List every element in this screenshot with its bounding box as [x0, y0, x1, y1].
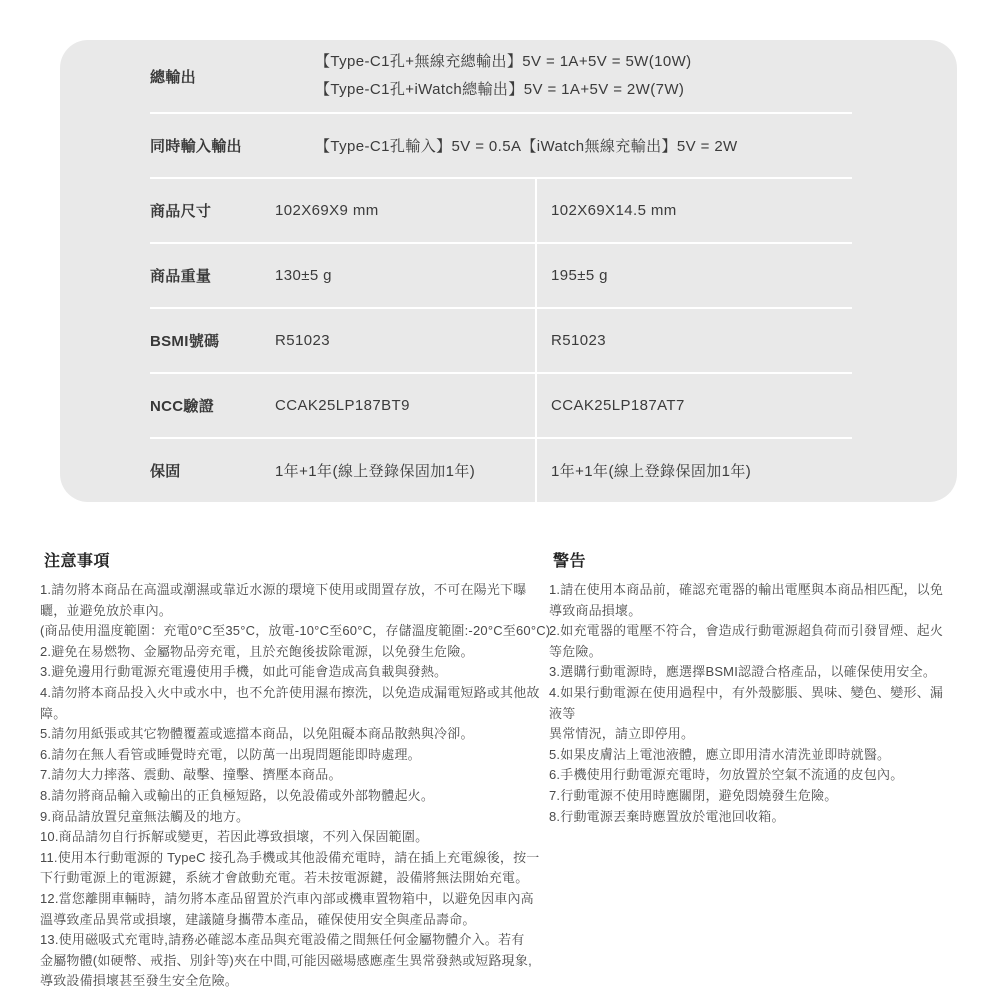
notice-item: 1.請勿將本商品在高溫或潮濕或靠近水源的環境下使用或閒置存放，不可在陽光下曝 曬…: [40, 580, 557, 621]
spec-cell-model-a: 102X69X9 mm: [275, 179, 535, 242]
notice-item: 5.請勿用紙張或其它物體覆蓋或遮擋本商品，以免阻礙本商品散熱與冷卻。: [40, 724, 557, 745]
warning-item: 5.如果皮膚沾上電池液體，應立即用清水清洗並即時就醫。: [549, 745, 955, 766]
notice-item: 2.避免在易燃物、金屬物品旁充電，且於充飽後拔除電源，以免發生危險。: [40, 642, 557, 663]
spec-row-value-group: 【Type-C1孔+無線充總輸出】5V = 1A+5V = 5W(10W) 【T…: [315, 48, 852, 104]
spec-value-line: 【Type-C1孔+無線充總輸出】5V = 1A+5V = 5W(10W): [315, 48, 852, 76]
spec-row-dimensions: 商品尺寸 102X69X9 mm 102X69X14.5 mm: [150, 177, 852, 242]
notice-section: 注意事項 1.請勿將本商品在高溫或潮濕或靠近水源的環境下使用或閒置存放，不可在陽…: [40, 551, 557, 992]
warning-item: 2.如充電器的電壓不符合，會造成行動電源超負荷而引發冒煙、起火 等危險。: [549, 621, 955, 662]
spec-row-label: NCC驗證: [150, 374, 275, 437]
warning-item: 1.請在使用本商品前，確認充電器的輸出電壓與本商品相匹配，以免 導致商品損壞。: [549, 580, 955, 621]
spec-row-value: 【Type-C1孔輸入】5V = 0.5A【iWatch無線充輸出】5V = 2…: [315, 135, 852, 156]
spec-row-bsmi: BSMI號碼 R51023 R51023: [150, 307, 852, 372]
notice-item: 8.請勿將商品輸入或輸出的正負極短路，以免設備或外部物體起火。: [40, 786, 557, 807]
spec-cell-model-b: 1年+1年(線上登錄保固加1年): [535, 439, 852, 502]
notice-item: 13.使用磁吸式充電時,請務必確認本產品與充電設備之間無任何金屬物體介入。若有 …: [40, 930, 557, 992]
notice-item: 10.商品請勿自行拆解或變更，若因此導致損壞，不列入保固範圍。: [40, 827, 557, 848]
notice-item-temperature-range: (商品使用溫度範圍：充電0°C至35°C，放電-10°C至60°C，存儲溫度範圍…: [40, 621, 557, 642]
notice-item: 4.請勿將本商品投入火中或水中，也不允許使用濕布擦洗，以免造成漏電短路或其他故障…: [40, 683, 557, 724]
notice-item: 12.當您離開車輛時，請勿將本產品留置於汽車內部或機車置物箱中，以避免因車內高 …: [40, 889, 557, 930]
spec-row-label: 保固: [150, 439, 275, 502]
spec-row-label: BSMI號碼: [150, 309, 275, 372]
warning-item: 3.選購行動電源時，應選擇BSMI認證合格產品，以確保使用安全。: [549, 662, 955, 683]
warning-section: 警告 1.請在使用本商品前，確認充電器的輸出電壓與本商品相匹配，以免 導致商品損…: [549, 551, 955, 827]
spec-cell-model-a: 1年+1年(線上登錄保固加1年): [275, 439, 535, 502]
spec-row-simultaneous-io: 同時輸入輸出 【Type-C1孔輸入】5V = 0.5A【iWatch無線充輸出…: [150, 112, 852, 177]
spec-row-label: 商品重量: [150, 244, 275, 307]
spec-cell-model-b: CCAK25LP187AT7: [535, 374, 852, 437]
notice-item: 7.請勿大力摔落、震動、敲擊、撞擊、擠壓本商品。: [40, 765, 557, 786]
product-spec-panel: 總輸出 【Type-C1孔+無線充總輸出】5V = 1A+5V = 5W(10W…: [60, 40, 957, 502]
warning-item: 7.行動電源不使用時應關閉，避免悶燒發生危險。: [549, 786, 955, 807]
spec-row-label: 同時輸入輸出: [150, 135, 315, 156]
notice-item: 11.使用本行動電源的 TypeC 接孔為手機或其他設備充電時，請在插上充電線後…: [40, 848, 557, 889]
notice-heading: 注意事項: [44, 551, 557, 573]
spec-row-warranty: 保固 1年+1年(線上登錄保固加1年) 1年+1年(線上登錄保固加1年): [150, 437, 852, 502]
spec-row-total-output: 總輸出 【Type-C1孔+無線充總輸出】5V = 1A+5V = 5W(10W…: [150, 40, 852, 112]
warning-heading: 警告: [553, 551, 955, 573]
spec-row-label: 總輸出: [150, 66, 315, 87]
spec-row-ncc: NCC驗證 CCAK25LP187BT9 CCAK25LP187AT7: [150, 372, 852, 437]
spec-value-line: 【Type-C1孔+iWatch總輸出】5V = 1A+5V = 2W(7W): [315, 76, 852, 104]
spec-cell-model-b: R51023: [535, 309, 852, 372]
notice-item: 3.避免邊用行動電源充電邊使用手機，如此可能會造成高負載與發熱。: [40, 662, 557, 683]
warning-item: 4.如果行動電源在使用過程中，有外殼膨脹、異味、變色、變形、漏液等 異常情況，請…: [549, 683, 955, 745]
notice-item: 6.請勿在無人看管或睡覺時充電，以防萬一出現問題能即時處理。: [40, 745, 557, 766]
spec-row-label: 商品尺寸: [150, 179, 275, 242]
spec-cell-model-b: 102X69X14.5 mm: [535, 179, 852, 242]
spec-cell-model-a: R51023: [275, 309, 535, 372]
spec-cell-model-b: 195±5 g: [535, 244, 852, 307]
warning-item: 8.行動電源丟棄時應置放於電池回收箱。: [549, 807, 955, 828]
spec-row-weight: 商品重量 130±5 g 195±5 g: [150, 242, 852, 307]
warning-item: 6.手機使用行動電源充電時，勿放置於空氣不流通的皮包內。: [549, 765, 955, 786]
spec-cell-model-a: 130±5 g: [275, 244, 535, 307]
spec-cell-model-a: CCAK25LP187BT9: [275, 374, 535, 437]
notice-item: 9.商品請放置兒童無法觸及的地方。: [40, 807, 557, 828]
